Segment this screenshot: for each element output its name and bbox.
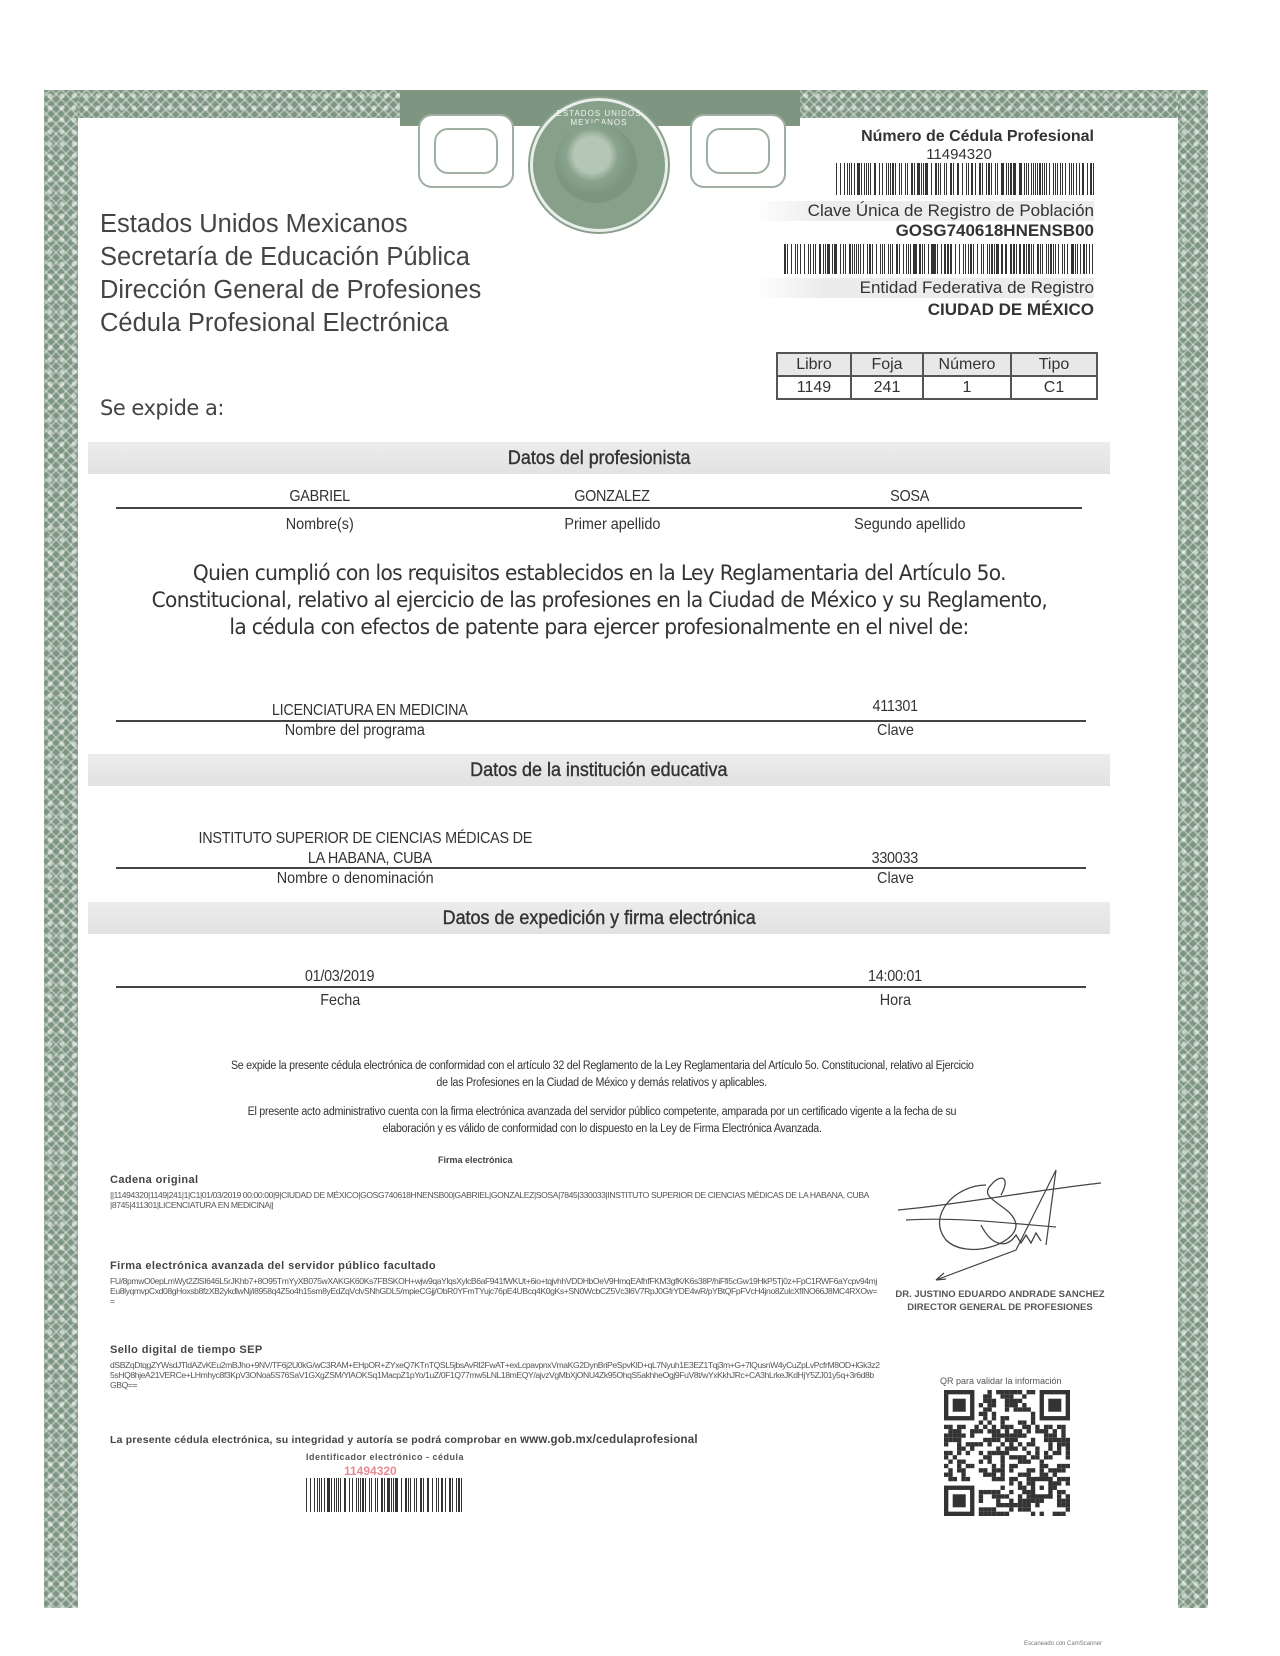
- table-cell-foja: 241: [851, 376, 923, 399]
- program-key-label: Clave: [820, 722, 970, 740]
- org-line: Cédula Profesional Electrónica: [100, 307, 481, 340]
- divider: [116, 986, 1086, 988]
- signer-title: DIRECTOR GENERAL DE PROFESIONES: [880, 1301, 1120, 1314]
- institution-key: 330033: [820, 850, 970, 868]
- first-name-label: Nombre(s): [200, 516, 440, 534]
- national-seal-ornament: ESTADOS UNIDOS MEXICANOS: [400, 88, 800, 228]
- second-surname: SOSA: [790, 488, 1030, 506]
- cadena-original-value: ||11494320|1149|241|1|C1|01/03/2019 00:0…: [110, 1190, 870, 1210]
- verification-text: La presente cédula electrónica, su integ…: [110, 1434, 698, 1446]
- section-header-professional: Datos del profesionista: [88, 442, 1110, 474]
- section-header-issuance: Datos de expedición y firma electrónica: [88, 902, 1110, 934]
- institution-name-line2: LA HABANA, CUBA: [220, 850, 520, 868]
- program-name-label: Nombre del programa: [200, 722, 510, 740]
- advanced-signature-title: Firma electrónica avanzada del servidor …: [110, 1260, 436, 1272]
- registry-table: Libro Foja Número Tipo 1149 241 1 C1: [776, 352, 1098, 400]
- institution-key-label: Clave: [820, 870, 970, 888]
- curp-label: Clave Única de Registro de Población: [754, 201, 1094, 221]
- first-surname-label: Primer apellido: [492, 516, 732, 534]
- cedula-barcode-icon: [836, 163, 1094, 195]
- legal-paragraph-1: Se expide la presente cédula electrónica…: [104, 1058, 1100, 1092]
- cedula-number-label: Número de Cédula Profesional: [754, 128, 1094, 146]
- issuing-organization: Estados Unidos Mexicanos Secretaría de E…: [100, 208, 481, 340]
- entity-label: Entidad Federativa de Registro: [754, 278, 1094, 298]
- border-left: [44, 90, 78, 1608]
- electronic-signature-title: Firma electrónica: [438, 1155, 513, 1165]
- issue-date-label: Fecha: [240, 992, 440, 1010]
- table-header-foja: Foja: [851, 353, 923, 376]
- org-line: Secretaría de Educación Pública: [100, 241, 481, 274]
- program-name: LICENCIATURA EN MEDICINA: [200, 702, 540, 720]
- qr-code-icon[interactable]: [944, 1390, 1070, 1516]
- registry-block: Número de Cédula Profesional 11494320 Cl…: [754, 128, 1094, 320]
- table-header-libro: Libro: [777, 353, 851, 376]
- curp-barcode-icon: [784, 244, 1094, 274]
- timestamp-seal-title: Sello digital de tiempo SEP: [110, 1344, 263, 1356]
- coat-of-arms-icon: ESTADOS UNIDOS MEXICANOS: [530, 98, 668, 232]
- org-line: Estados Unidos Mexicanos: [100, 208, 481, 241]
- table-cell-libro: 1149: [777, 376, 851, 399]
- handwritten-signature-icon: [896, 1165, 1106, 1285]
- eagle-emblem-icon: [555, 123, 637, 203]
- issue-time: 14:00:01: [820, 968, 970, 986]
- table-header-numero: Número: [923, 353, 1011, 376]
- qr-label: QR para validar la información: [940, 1376, 1062, 1386]
- issue-date: 01/03/2019: [240, 968, 440, 986]
- legal-paragraph-2: El presente acto administrativo cuenta c…: [104, 1104, 1100, 1138]
- org-line: Dirección General de Profesiones: [100, 274, 481, 307]
- electronic-id-number: 11494320: [344, 1464, 397, 1478]
- section-header-institution: Datos de la institución educativa: [88, 754, 1110, 786]
- second-surname-label: Segundo apellido: [790, 516, 1030, 534]
- divider: [116, 867, 1086, 869]
- signer-name: DR. JUSTINO EDUARDO ANDRADE SANCHEZ: [880, 1288, 1120, 1301]
- timestamp-seal-value: dSBZqDtqgZYWsdJTldAZvKEu2mBJho+9NV/TF6j2…: [110, 1360, 880, 1390]
- issued-to-label: Se expide a:: [100, 396, 224, 420]
- cadena-original-title: Cadena original: [110, 1174, 199, 1186]
- border-right: [1178, 90, 1208, 1608]
- signer-block: DR. JUSTINO EDUARDO ANDRADE SANCHEZ DIRE…: [880, 1288, 1120, 1314]
- first-surname: GONZALEZ: [492, 488, 732, 506]
- electronic-id-label: Identificador electrónico - cédula: [306, 1452, 464, 1462]
- scanner-watermark: Escaneado con CamScanner: [1024, 1641, 1102, 1647]
- divider: [116, 507, 1082, 509]
- table-header-tipo: Tipo: [1011, 353, 1097, 376]
- cedula-number: 11494320: [754, 146, 1094, 163]
- advanced-signature-value: FU/8pmwO0epLmWyt2ZlSI646L5rJKhb7+8O95TmY…: [110, 1276, 880, 1306]
- certification-statement: Quien cumplió con los requisitos estable…: [88, 560, 1110, 641]
- verification-url-link[interactable]: www.gob.mx/cedulaprofesional: [520, 1434, 698, 1446]
- curp-value: GOSG740618HNENSB00: [754, 221, 1094, 241]
- program-key: 411301: [820, 698, 970, 716]
- institution-name-line1: INSTITUTO SUPERIOR DE CIENCIAS MÉDICAS D…: [130, 830, 600, 848]
- institution-name-label: Nombre o denominación: [200, 870, 510, 888]
- first-name: GABRIEL: [200, 488, 440, 506]
- electronic-id-barcode-icon: [306, 1478, 462, 1512]
- table-cell-tipo: C1: [1011, 376, 1097, 399]
- issue-time-label: Hora: [820, 992, 970, 1010]
- entity-value: CIUDAD DE MÉXICO: [754, 300, 1094, 320]
- table-cell-numero: 1: [923, 376, 1011, 399]
